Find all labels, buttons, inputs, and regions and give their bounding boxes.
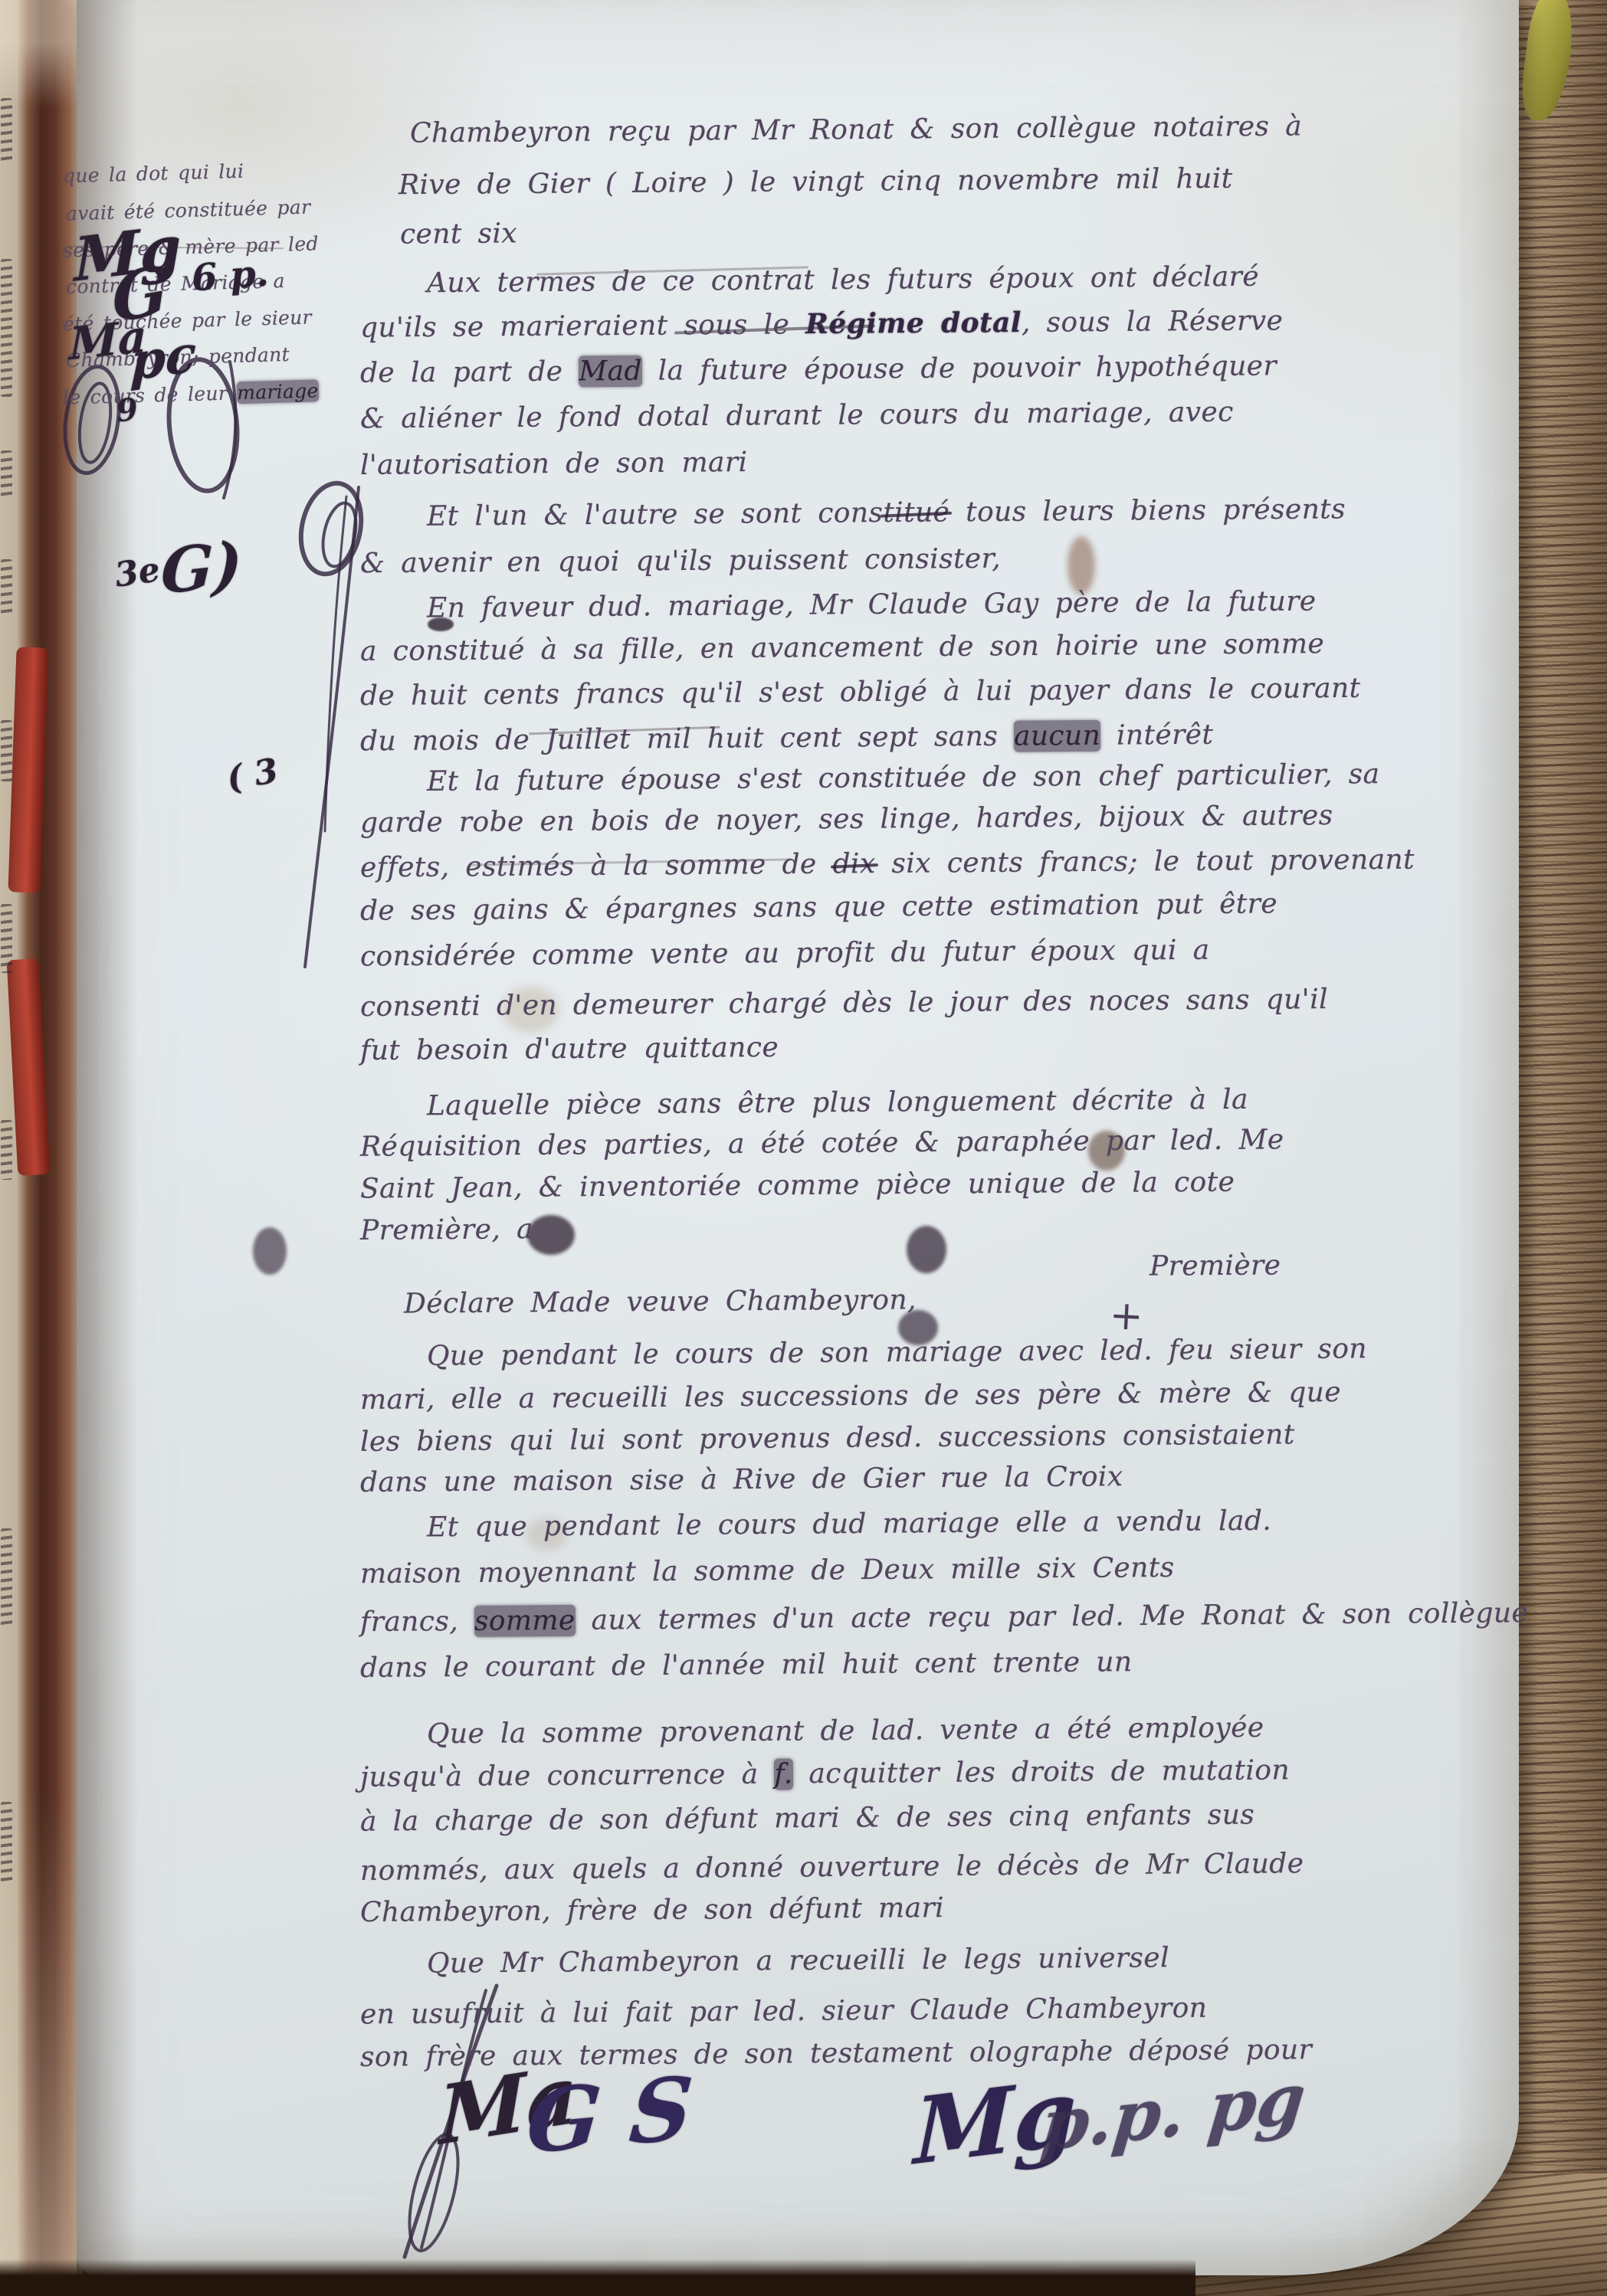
manuscript-page-paper <box>77 0 1519 2275</box>
previous-page-edge-writing <box>1 98 12 164</box>
previous-page-edge-writing <box>1 1120 12 1180</box>
signature-paraph-gs: G S <box>523 2058 697 2173</box>
previous-page-edge-writing <box>1 1528 12 1628</box>
paraph-g-paren: G) <box>160 527 244 608</box>
paraph-3e: 3e <box>113 550 162 595</box>
previous-page-edge-writing <box>1 259 12 397</box>
desk-shadow-bottom <box>0 2259 1195 2296</box>
previous-page-edge-writing <box>1 904 12 973</box>
paraph-6p: 6 p. <box>190 252 270 300</box>
cross-mark: + <box>1108 1292 1144 1340</box>
paraph-9: 9 <box>115 391 140 430</box>
paraph-initials-pc: pc <box>130 323 197 392</box>
previous-page-edge-writing <box>1 1802 12 1885</box>
previous-page-edge-writing <box>1 559 12 614</box>
previous-page-edge-writing <box>1 450 12 499</box>
previous-page-edge-writing <box>1 720 12 781</box>
photo-of-notarial-manuscript: { "margin_note": { "lines": [ "que la do… <box>0 0 1607 2296</box>
